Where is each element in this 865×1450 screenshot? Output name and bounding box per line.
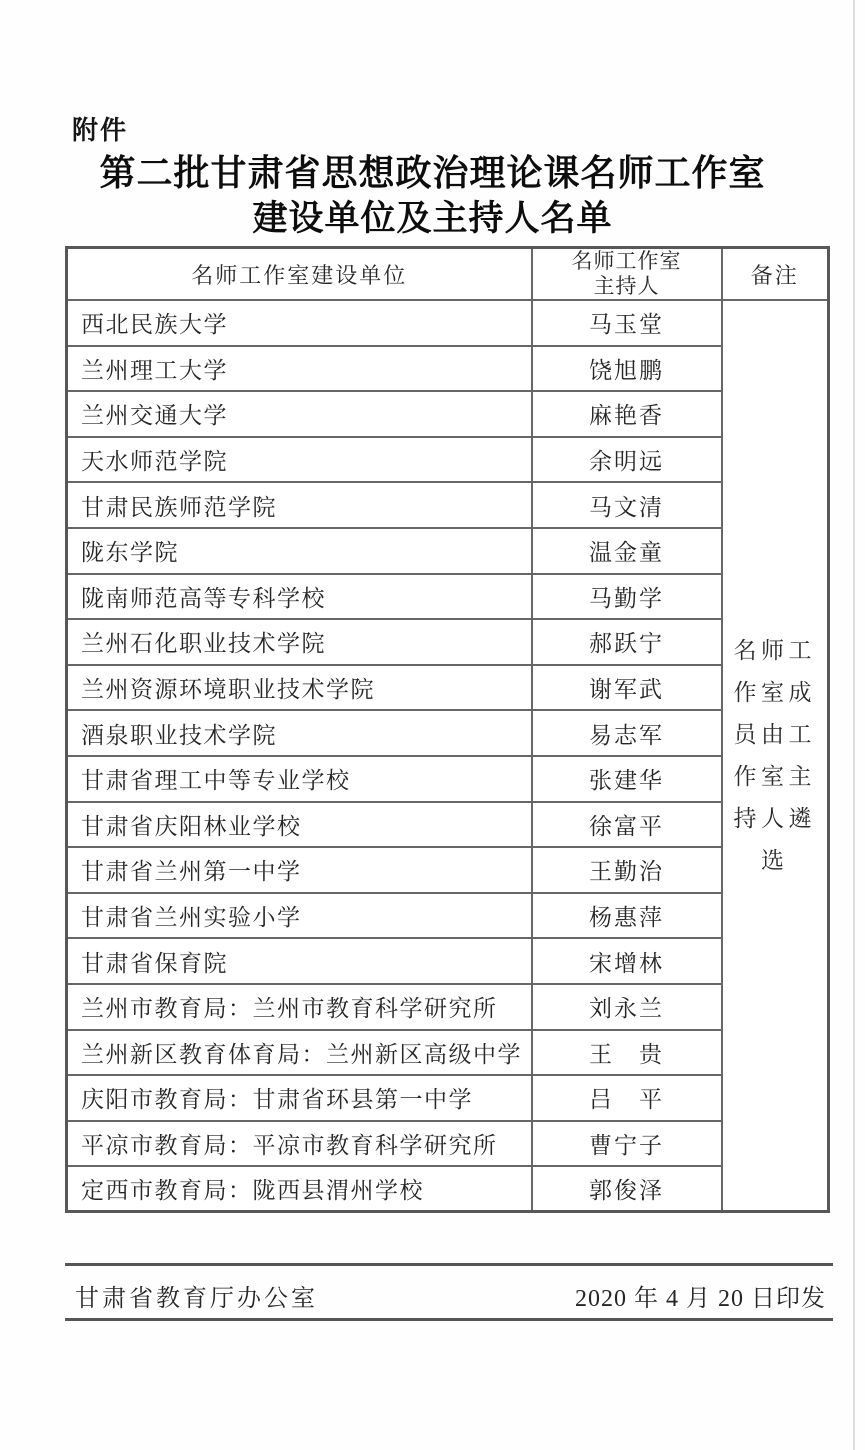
table-row: 陇东学院温金童 — [67, 528, 829, 574]
table-row: 甘肃省庆阳林业学校徐富平 — [67, 802, 829, 848]
footer-issuer: 甘肃省教育厅办公室 — [65, 1278, 318, 1313]
unit-cell: 天水师范学院 — [67, 437, 532, 483]
host-cell: 杨惠萍 — [532, 893, 722, 939]
unit-cell: 兰州市教育局：兰州市教育科学研究所 — [67, 984, 532, 1030]
table-row: 甘肃民族师范学院马文清 — [67, 482, 829, 528]
document-title: 第二批甘肃省思想政治理论课名师工作室 建设单位及主持人名单 — [0, 150, 865, 241]
header-row: 名师工作室建设单位 名师工作室 主持人 备注 — [67, 248, 829, 301]
unit-cell: 甘肃省保育院 — [67, 938, 532, 984]
host-cell: 余明远 — [532, 437, 722, 483]
host-cell: 吕 平 — [532, 1075, 722, 1121]
document-page: 附件 第二批甘肃省思想政治理论课名师工作室 建设单位及主持人名单 名师工作室建设… — [0, 0, 865, 1450]
attachment-label: 附件 — [72, 110, 128, 147]
unit-cell: 酒泉职业技术学院 — [67, 710, 532, 756]
host-cell: 郝跃宁 — [532, 619, 722, 665]
unit-cell: 兰州新区教育体育局：兰州新区高级中学 — [67, 1030, 532, 1076]
host-cell: 马勤学 — [532, 574, 722, 620]
table-row: 兰州理工大学饶旭鹏 — [67, 346, 829, 392]
host-cell: 宋增林 — [532, 938, 722, 984]
unit-cell: 陇东学院 — [67, 528, 532, 574]
table-row: 酒泉职业技术学院易志军 — [67, 710, 829, 756]
table-row: 甘肃省理工中等专业学校张建华 — [67, 756, 829, 802]
header-host-line2: 主持人 — [594, 275, 660, 298]
table-row: 天水师范学院余明远 — [67, 437, 829, 483]
unit-cell: 甘肃省理工中等专业学校 — [67, 756, 532, 802]
host-cell: 易志军 — [532, 710, 722, 756]
unit-cell: 兰州交通大学 — [67, 391, 532, 437]
footer-date: 2020 年 4 月 20 日印发 — [575, 1278, 828, 1313]
host-cell: 马文清 — [532, 482, 722, 528]
host-cell: 马玉堂 — [532, 300, 722, 346]
host-cell: 刘永兰 — [532, 984, 722, 1030]
footer: 甘肃省教育厅办公室 2020 年 4 月 20 日印发 — [65, 1276, 828, 1314]
document-title-line1: 第二批甘肃省思想政治理论课名师工作室 — [0, 150, 865, 196]
host-cell: 谢军武 — [532, 665, 722, 711]
unit-cell: 甘肃民族师范学院 — [67, 482, 532, 528]
unit-cell: 陇南师范高等专科学校 — [67, 574, 532, 620]
table-row: 西北民族大学 马玉堂 名师工作室成员由工作室主持人遴选 — [67, 300, 829, 346]
header-remark: 备注 — [722, 248, 829, 301]
unit-cell: 兰州资源环境职业技术学院 — [67, 665, 532, 711]
table-row: 甘肃省兰州第一中学王勤治 — [67, 847, 829, 893]
footer-bottom-rule — [65, 1318, 833, 1321]
table-row: 定西市教育局：陇西县渭州学校郭俊泽 — [67, 1166, 829, 1212]
host-cell: 曹宁子 — [532, 1121, 722, 1167]
host-cell: 王勤治 — [532, 847, 722, 893]
unit-cell: 庆阳市教育局：甘肃省环县第一中学 — [67, 1075, 532, 1121]
scan-edge-artifact — [853, 0, 855, 1450]
host-cell: 张建华 — [532, 756, 722, 802]
table-header: 名师工作室建设单位 名师工作室 主持人 备注 — [67, 248, 829, 301]
host-cell: 徐富平 — [532, 802, 722, 848]
table-row: 兰州资源环境职业技术学院谢军武 — [67, 665, 829, 711]
table-row: 平凉市教育局：平凉市教育科学研究所曹宁子 — [67, 1121, 829, 1167]
host-cell: 王 贵 — [532, 1030, 722, 1076]
host-cell: 麻艳香 — [532, 391, 722, 437]
header-unit: 名师工作室建设单位 — [67, 248, 532, 301]
table-row: 兰州新区教育体育局：兰州新区高级中学王 贵 — [67, 1030, 829, 1076]
host-cell: 郭俊泽 — [532, 1166, 722, 1212]
remark-text: 名师工作室成员由工作室主持人遴选 — [731, 630, 819, 882]
table-row: 甘肃省保育院宋增林 — [67, 938, 829, 984]
table-row: 甘肃省兰州实验小学杨惠萍 — [67, 893, 829, 939]
unit-cell: 兰州石化职业技术学院 — [67, 619, 532, 665]
header-host-line1: 名师工作室 — [572, 250, 682, 273]
unit-cell: 平凉市教育局：平凉市教育科学研究所 — [67, 1121, 532, 1167]
unit-cell: 甘肃省兰州第一中学 — [67, 847, 532, 893]
document-title-line2: 建设单位及主持人名单 — [0, 196, 865, 241]
header-host: 名师工作室 主持人 — [532, 248, 722, 301]
table-row: 陇南师范高等专科学校马勤学 — [67, 574, 829, 620]
table-row: 兰州市教育局：兰州市教育科学研究所刘永兰 — [67, 984, 829, 1030]
host-cell: 饶旭鹏 — [532, 346, 722, 392]
unit-cell: 定西市教育局：陇西县渭州学校 — [67, 1166, 532, 1212]
remark-merged-cell: 名师工作室成员由工作室主持人遴选 — [722, 300, 829, 1212]
table-row: 兰州交通大学麻艳香 — [67, 391, 829, 437]
unit-cell: 西北民族大学 — [67, 300, 532, 346]
unit-cell: 甘肃省兰州实验小学 — [67, 893, 532, 939]
unit-cell: 甘肃省庆阳林业学校 — [67, 802, 532, 848]
unit-cell: 兰州理工大学 — [67, 346, 532, 392]
table-row: 兰州石化职业技术学院郝跃宁 — [67, 619, 829, 665]
roster-table: 名师工作室建设单位 名师工作室 主持人 备注 西北民族大学 马玉堂 名师工作室成… — [65, 246, 830, 1213]
footer-top-rule — [65, 1263, 833, 1266]
host-cell: 温金童 — [532, 528, 722, 574]
table-row: 庆阳市教育局：甘肃省环县第一中学吕 平 — [67, 1075, 829, 1121]
